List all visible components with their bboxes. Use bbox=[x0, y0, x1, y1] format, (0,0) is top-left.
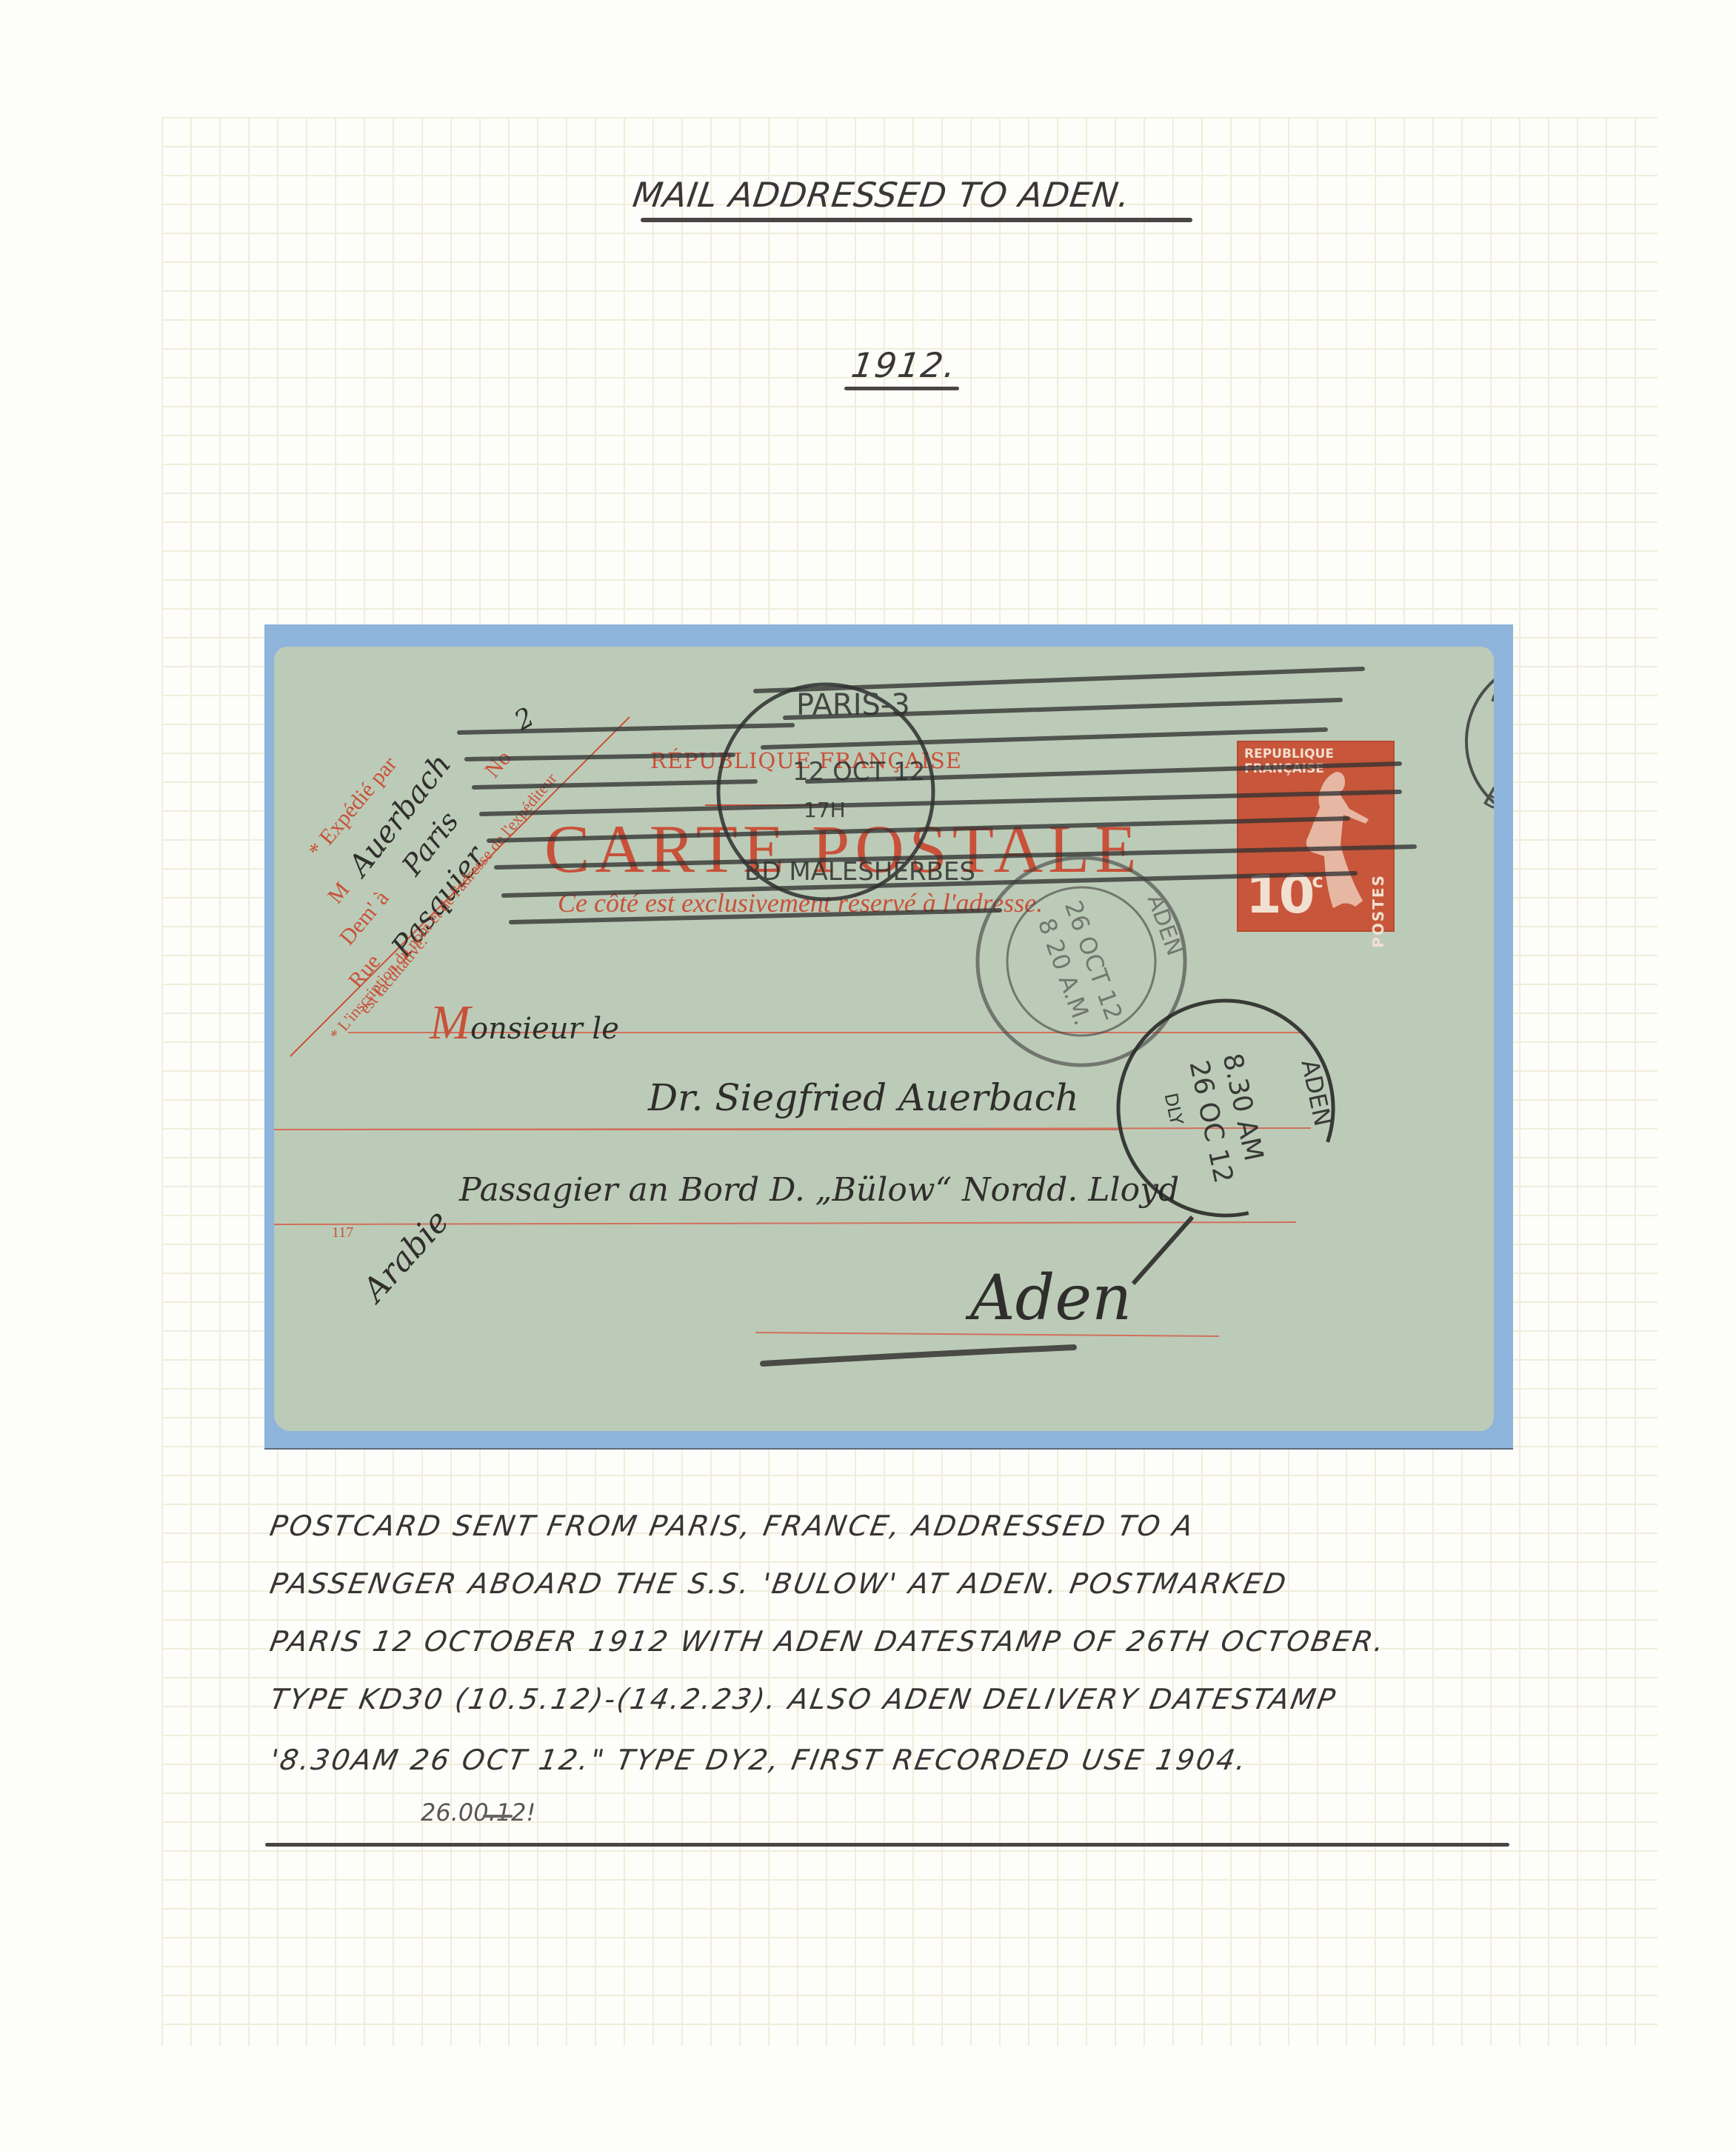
caption-line-3: PARIS 12 OCTOBER 1912 WITH ADEN DATESTAM… bbox=[267, 1625, 1389, 1658]
year-underline bbox=[844, 387, 959, 390]
page-title: MAIL ADDRESSED TO ADEN. bbox=[630, 175, 1133, 215]
caption-line-1: POSTCARD SENT FROM PARIS, FRANCE, ADDRES… bbox=[267, 1510, 1198, 1542]
bottom-rule bbox=[265, 1843, 1509, 1847]
caption-line-4: TYPE KD30 (10.5.12)-(14.2.23). ALSO ADEN… bbox=[267, 1683, 1340, 1715]
svg-text:ADEN: ADEN bbox=[1295, 1057, 1337, 1129]
correction-underline bbox=[483, 1815, 513, 1818]
paris-cancel: PARIS-3 12 OCT 12 17H BD MALESHERBES bbox=[718, 684, 975, 899]
caption-line-5: '8.30AM 26 OCT 12." TYPE DY2, FIRST RECO… bbox=[267, 1744, 1251, 1776]
aden-delivery-cancel: ADEN 8.30 AM 26 OC 12 DLY bbox=[1098, 981, 1353, 1235]
paris-cancel-partial: PARIS BD MAL bbox=[1466, 660, 1494, 860]
caption-correction-note: 26.00.12! bbox=[421, 1798, 535, 1827]
caption-line-2: PASSENGER ABOARD THE S.S. 'BULOW' AT ADE… bbox=[267, 1567, 1290, 1600]
postcard: * Expédié par M Auerbach Dem' à Paris Ru… bbox=[274, 647, 1494, 1431]
aden-arrival-cancel: ADEN 26 OCT 12 8 20 A.M. bbox=[949, 829, 1215, 1095]
svg-text:BD MAL: BD MAL bbox=[1478, 781, 1495, 859]
svg-text:BD MALESHERBES: BD MALESHERBES bbox=[744, 857, 975, 887]
svg-text:12 OCT 12: 12 OCT 12 bbox=[792, 757, 925, 787]
svg-text:ADEN: ADEN bbox=[1142, 891, 1188, 959]
svg-text:PARIS-3: PARIS-3 bbox=[796, 688, 910, 722]
cancellations: PARIS-3 12 OCT 12 17H BD MALESHERBES PAR… bbox=[274, 647, 1494, 1431]
title-underline bbox=[641, 218, 1192, 222]
svg-text:17H: 17H bbox=[804, 798, 846, 822]
svg-text:DLY: DLY bbox=[1161, 1091, 1187, 1127]
page-year: 1912. bbox=[849, 345, 959, 385]
